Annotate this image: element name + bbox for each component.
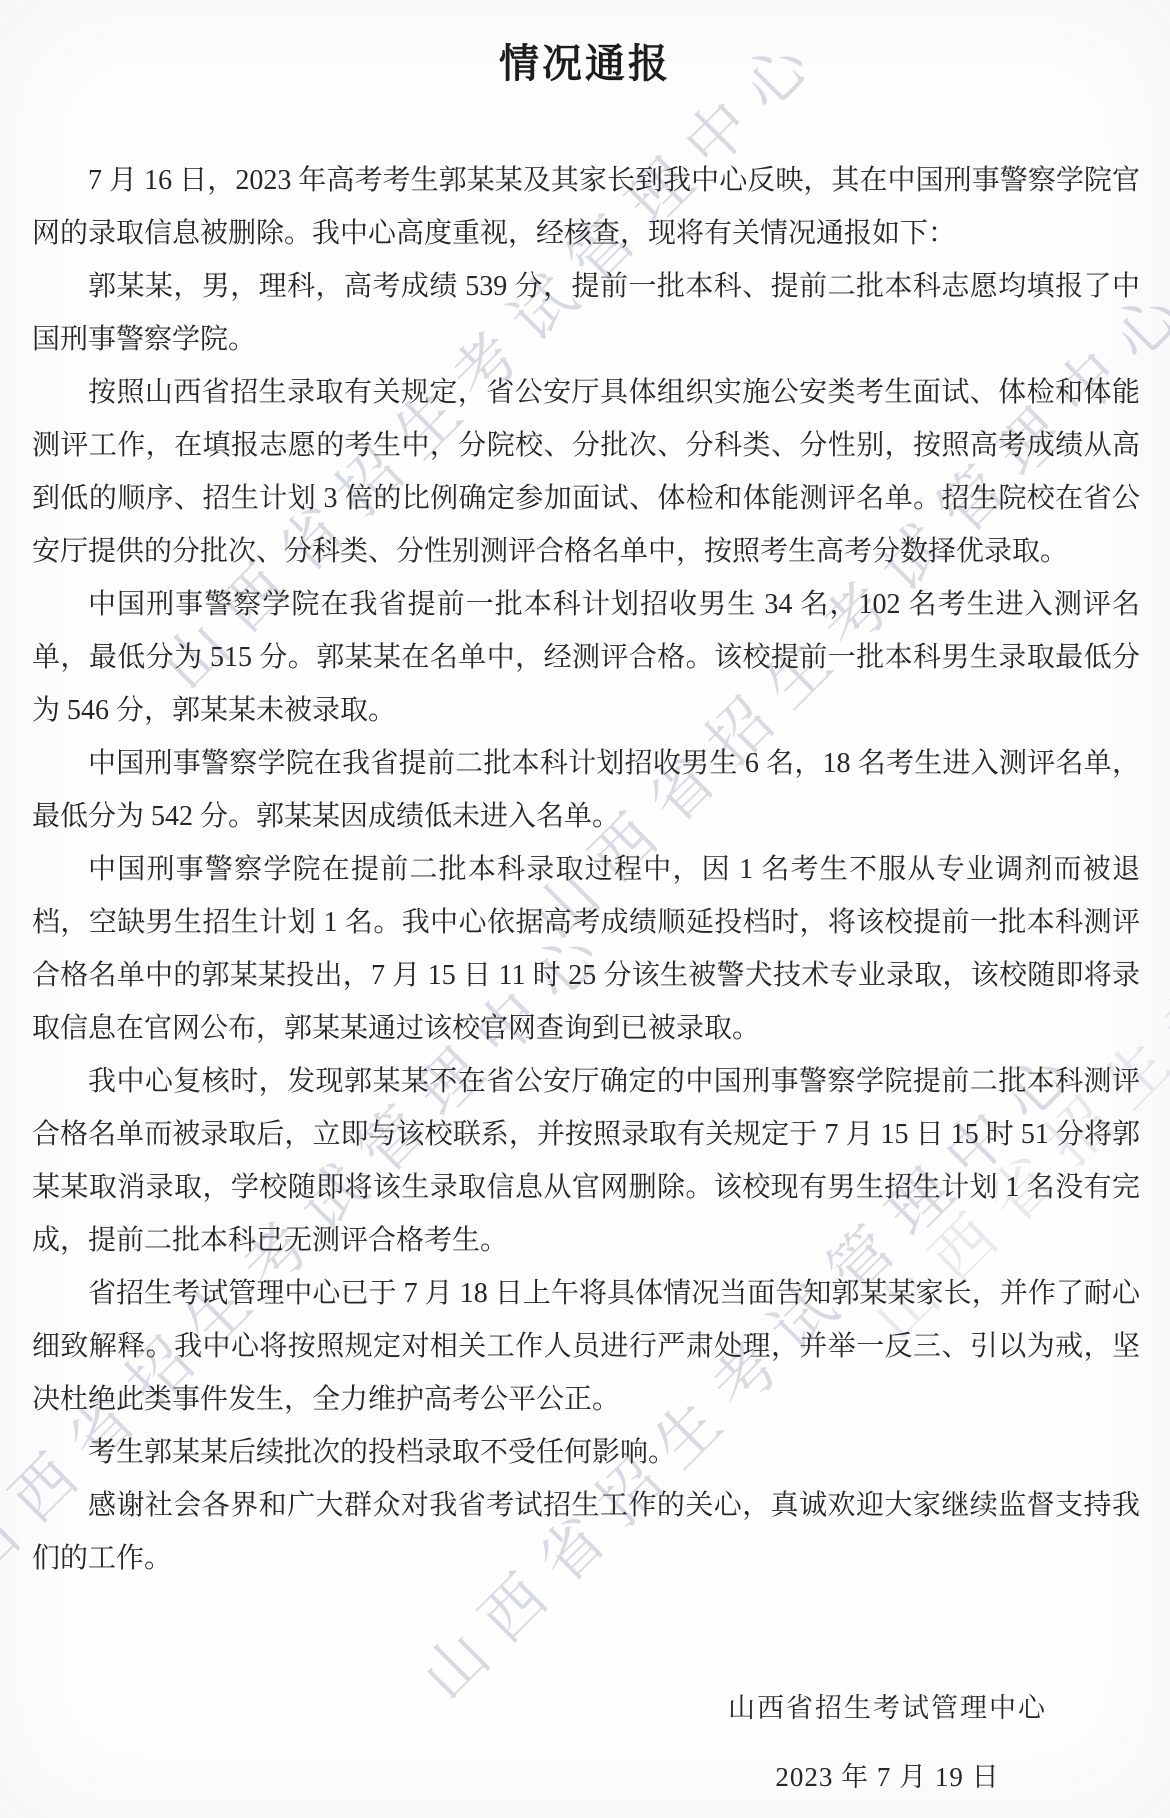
paragraph: 郭某某，男，理科，高考成绩 539 分，提前一批本科、提前二批本科志愿均填报了中… (32, 260, 1140, 366)
paragraph: 感谢社会各界和广大群众对我省考试招生工作的关心，真诚欢迎大家继续监督支持我们的工… (32, 1479, 1140, 1585)
paragraph: 中国刑事警察学院在我省提前一批本科计划招收男生 34 名，102 名考生进入测评… (32, 578, 1140, 737)
paragraph: 中国刑事警察学院在我省提前二批本科计划招收男生 6 名，18 名考生进入测评名单… (32, 737, 1140, 843)
signature-block: 山西省招生考试管理中心 2023 年 7 月 19 日 (728, 1686, 1047, 1794)
document-page: 山西省招生考试管理中心 山西省招生考试管理中心 山西省招生考试管理中心 山西省招… (0, 0, 1170, 1818)
date: 2023 年 7 月 19 日 (728, 1755, 1047, 1794)
page-title: 情况通报 (0, 0, 1170, 88)
paragraph: 7 月 16 日，2023 年高考考生郭某某及其家长到我中心反映，其在中国刑事警… (32, 154, 1140, 260)
paragraph: 中国刑事警察学院在提前二批本科录取过程中，因 1 名考生不服从专业调剂而被退档，… (32, 843, 1140, 1055)
paragraph: 按照山西省招生录取有关规定，省公安厅具体组织实施公安类考生面试、体检和体能测评工… (32, 366, 1140, 578)
signature: 山西省招生考试管理中心 (728, 1686, 1047, 1725)
document-body: 7 月 16 日，2023 年高考考生郭某某及其家长到我中心反映，其在中国刑事警… (32, 154, 1140, 1585)
paragraph: 我中心复核时，发现郭某某不在省公安厅确定的中国刑事警察学院提前二批本科测评合格名… (32, 1055, 1140, 1267)
paragraph: 省招生考试管理中心已于 7 月 18 日上午将具体情况当面告知郭某某家长，并作了… (32, 1267, 1140, 1426)
paragraph: 考生郭某某后续批次的投档录取不受任何影响。 (32, 1426, 1140, 1479)
